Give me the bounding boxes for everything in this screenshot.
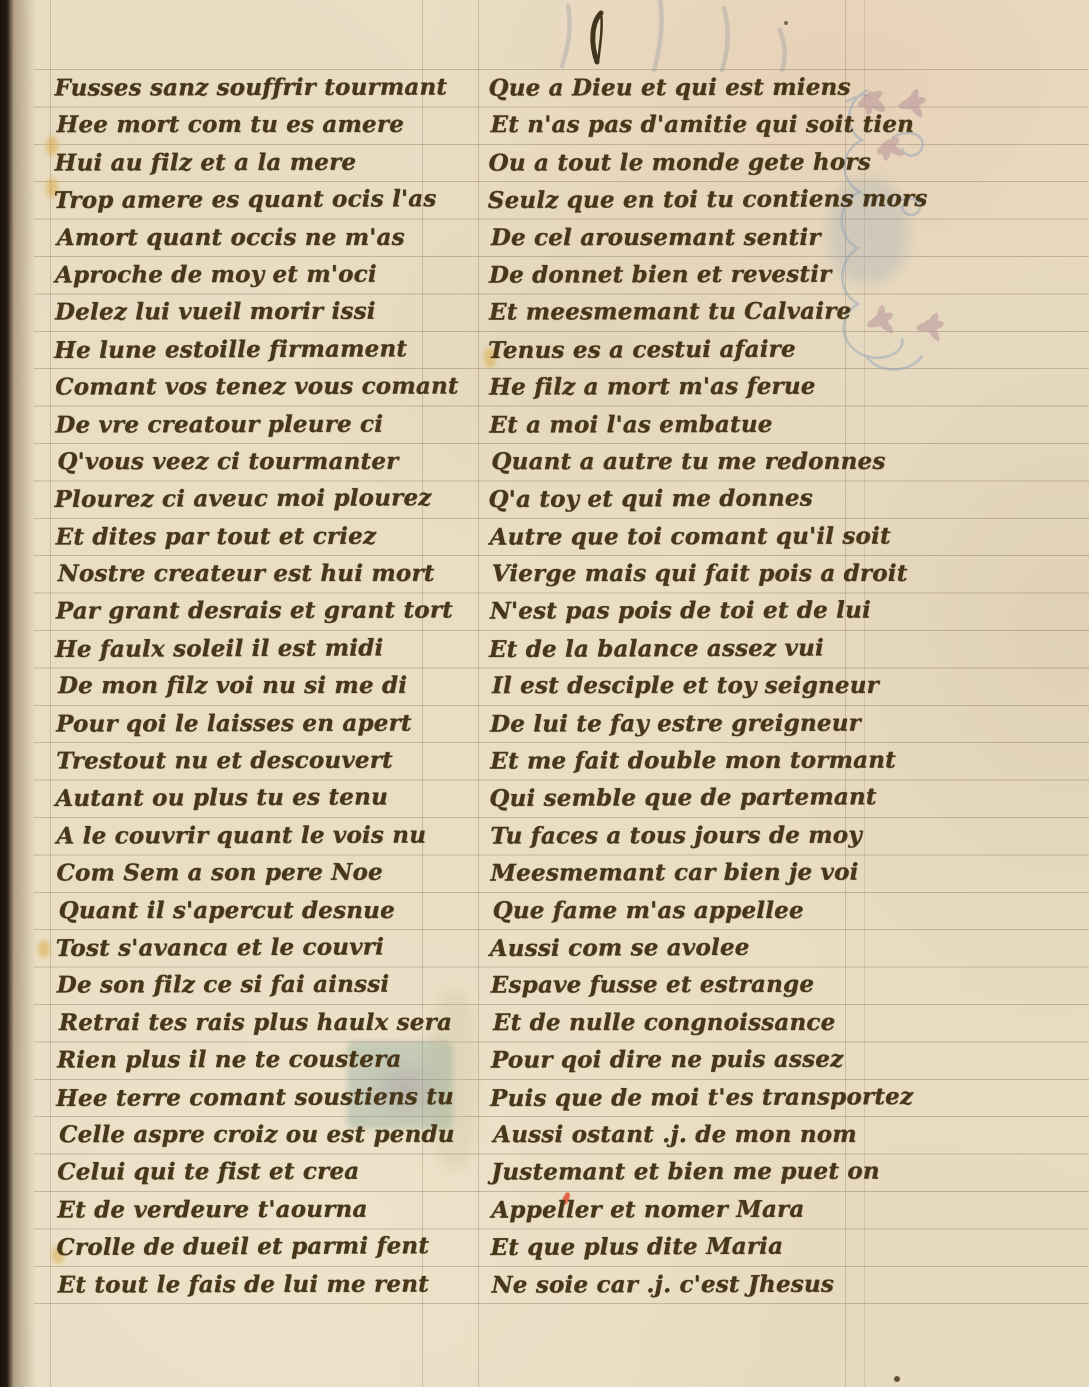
manuscript-line: Fusses sanz souffrir tourmant bbox=[54, 68, 458, 106]
manuscript-line: Celle aspre croiz ou est pendu bbox=[59, 1116, 463, 1154]
ink-speck bbox=[894, 1376, 900, 1382]
manuscript-line: Et n'as pas d'amitie qui soit tien bbox=[491, 106, 931, 144]
manuscript-line: Plourez ci aveuc moi plourez bbox=[54, 479, 458, 518]
manuscript-line: Espave fusse et estrange bbox=[491, 966, 931, 1005]
manuscript-line: Crolle de dueil et parmi fent bbox=[56, 1227, 460, 1266]
manuscript-line: Aussi com se avolee bbox=[490, 928, 930, 967]
manuscript-line: He filz a mort m'as ferue bbox=[489, 368, 929, 407]
ochre-initial-touch bbox=[38, 940, 50, 958]
manuscript-line: Hee mort com tu es amere bbox=[57, 106, 461, 144]
manuscript-line: De son filz ce si fai ainssi bbox=[57, 966, 461, 1004]
manuscript-line: De lui te fay estre greigneur bbox=[490, 704, 930, 743]
manuscript-line: Tu faces a tous jours de moy bbox=[490, 816, 930, 855]
manuscript-line: He lune estoille firmament bbox=[54, 330, 458, 369]
first-line-ascender-stroke bbox=[593, 13, 602, 62]
manuscript-line: Qui semble que de partemant bbox=[489, 778, 929, 817]
manuscript-line: Com Sem a son pere Noe bbox=[56, 854, 460, 892]
manuscript-line: De cel arousemant sentir bbox=[491, 218, 931, 256]
manuscript-line: Et tout le fais de lui me rent bbox=[58, 1265, 462, 1303]
manuscript-line: Nostre createur est hui mort bbox=[58, 555, 462, 593]
manuscript-line: Ou a tout le monde gete hors bbox=[489, 143, 929, 182]
showthrough-strokes-top bbox=[562, 0, 785, 70]
right-text-column: Que a Dieu et qui est miensEt n'as pas d… bbox=[488, 68, 931, 1303]
manuscript-line: Et de nulle congnoissance bbox=[493, 1004, 933, 1042]
manuscript-line: Autre que toi comant qu'il soit bbox=[490, 517, 930, 556]
manuscript-line: Celui qui te fist et crea bbox=[57, 1153, 461, 1191]
manuscript-line: Delez lui vueil morir issi bbox=[55, 293, 459, 331]
manuscript-line: Tenus es a cestui afaire bbox=[488, 330, 928, 369]
manuscript-line: De donnet bien et revestir bbox=[489, 255, 929, 294]
manuscript-line: Q'a toy et qui me donnes bbox=[488, 479, 928, 518]
manuscript-line: Amort quant occis ne m'as bbox=[57, 218, 461, 256]
manuscript-line: Puis que de moi t'es transportez bbox=[490, 1078, 930, 1117]
manuscript-line: He faulx soleil il est midi bbox=[55, 629, 459, 668]
manuscript-line: Meesmemant car bien je voi bbox=[490, 854, 930, 893]
manuscript-line: Seulz que en toi tu contiens mors bbox=[488, 180, 928, 219]
manuscript-line: Vierge mais qui fait pois a droit bbox=[492, 555, 932, 593]
manuscript-line: Ne soie car .j. c'est Jhesus bbox=[492, 1265, 932, 1304]
manuscript-line: Que fame m'as appellee bbox=[493, 891, 933, 929]
manuscript-line: De mon filz voi nu si me di bbox=[58, 667, 462, 705]
manuscript-line: Que a Dieu et qui est miens bbox=[488, 68, 928, 107]
manuscript-line: Rien plus il ne te coustera bbox=[57, 1041, 461, 1079]
book-gutter-edge bbox=[0, 0, 36, 1387]
manuscript-line: Et a moi l'as embatue bbox=[489, 405, 929, 444]
manuscript-line: Et de la balance assez vui bbox=[489, 629, 929, 668]
manuscript-line: Trop amere es quant ocis l'as bbox=[54, 180, 458, 219]
manuscript-line: Par grant desrais et grant tort bbox=[56, 592, 460, 630]
manuscript-line: A le couvrir quant le vois nu bbox=[56, 816, 460, 854]
manuscript-line: Retrai tes rais plus haulx sera bbox=[59, 1004, 463, 1042]
manuscript-line: Et de verdeure t'aourna bbox=[57, 1190, 461, 1228]
manuscript-line: N'est pas pois de toi et de lui bbox=[490, 592, 930, 631]
manuscript-line: Aussi ostant .j. de mon nom bbox=[493, 1116, 933, 1154]
manuscript-line: Quant il s'apercut desnue bbox=[59, 891, 463, 929]
manuscript-line: Comant vos tenez vous comant bbox=[55, 368, 459, 406]
manuscript-line: Autant ou plus tu es tenu bbox=[55, 778, 459, 817]
manuscript-page: Fusses sanz souffrir tourmantHee mort co… bbox=[0, 0, 1089, 1387]
manuscript-line: Justemant et bien me puet on bbox=[491, 1153, 931, 1192]
left-text-column: Fusses sanz souffrir tourmantHee mort co… bbox=[54, 68, 461, 1303]
manuscript-line: Appeller et nomer Mara bbox=[491, 1190, 931, 1229]
manuscript-line: Trestout nu et descouvert bbox=[56, 742, 460, 780]
manuscript-line: Hui au filz et a la mere bbox=[55, 143, 459, 181]
manuscript-line: Et meesmemant tu Calvaire bbox=[489, 293, 929, 332]
manuscript-line: Quant a autre tu me redonnes bbox=[491, 443, 931, 481]
manuscript-line: Et que plus dite Maria bbox=[490, 1227, 930, 1266]
intercolumn-rule-2 bbox=[478, 0, 479, 1387]
ink-speck bbox=[784, 21, 788, 25]
manuscript-line: Et me fait double mon tormant bbox=[490, 741, 930, 780]
manuscript-line: Hee terre comant soustiens tu bbox=[56, 1078, 460, 1117]
manuscript-line: De vre creatour pleure ci bbox=[55, 405, 459, 443]
manuscript-line: Tost s'avanca et le couvri bbox=[56, 928, 460, 967]
manuscript-line: Et dites par tout et criez bbox=[56, 517, 460, 555]
margin-rule-left bbox=[50, 0, 51, 1387]
manuscript-line: Pour qoi le laisses en apert bbox=[56, 704, 460, 742]
manuscript-line: Il est desciple et toy seigneur bbox=[492, 667, 932, 705]
manuscript-line: Pour qoi dire ne puis assez bbox=[491, 1041, 931, 1080]
manuscript-line: Aproche de moy et m'oci bbox=[55, 255, 459, 293]
manuscript-line: Q'vous veez ci tourmanter bbox=[57, 443, 461, 481]
